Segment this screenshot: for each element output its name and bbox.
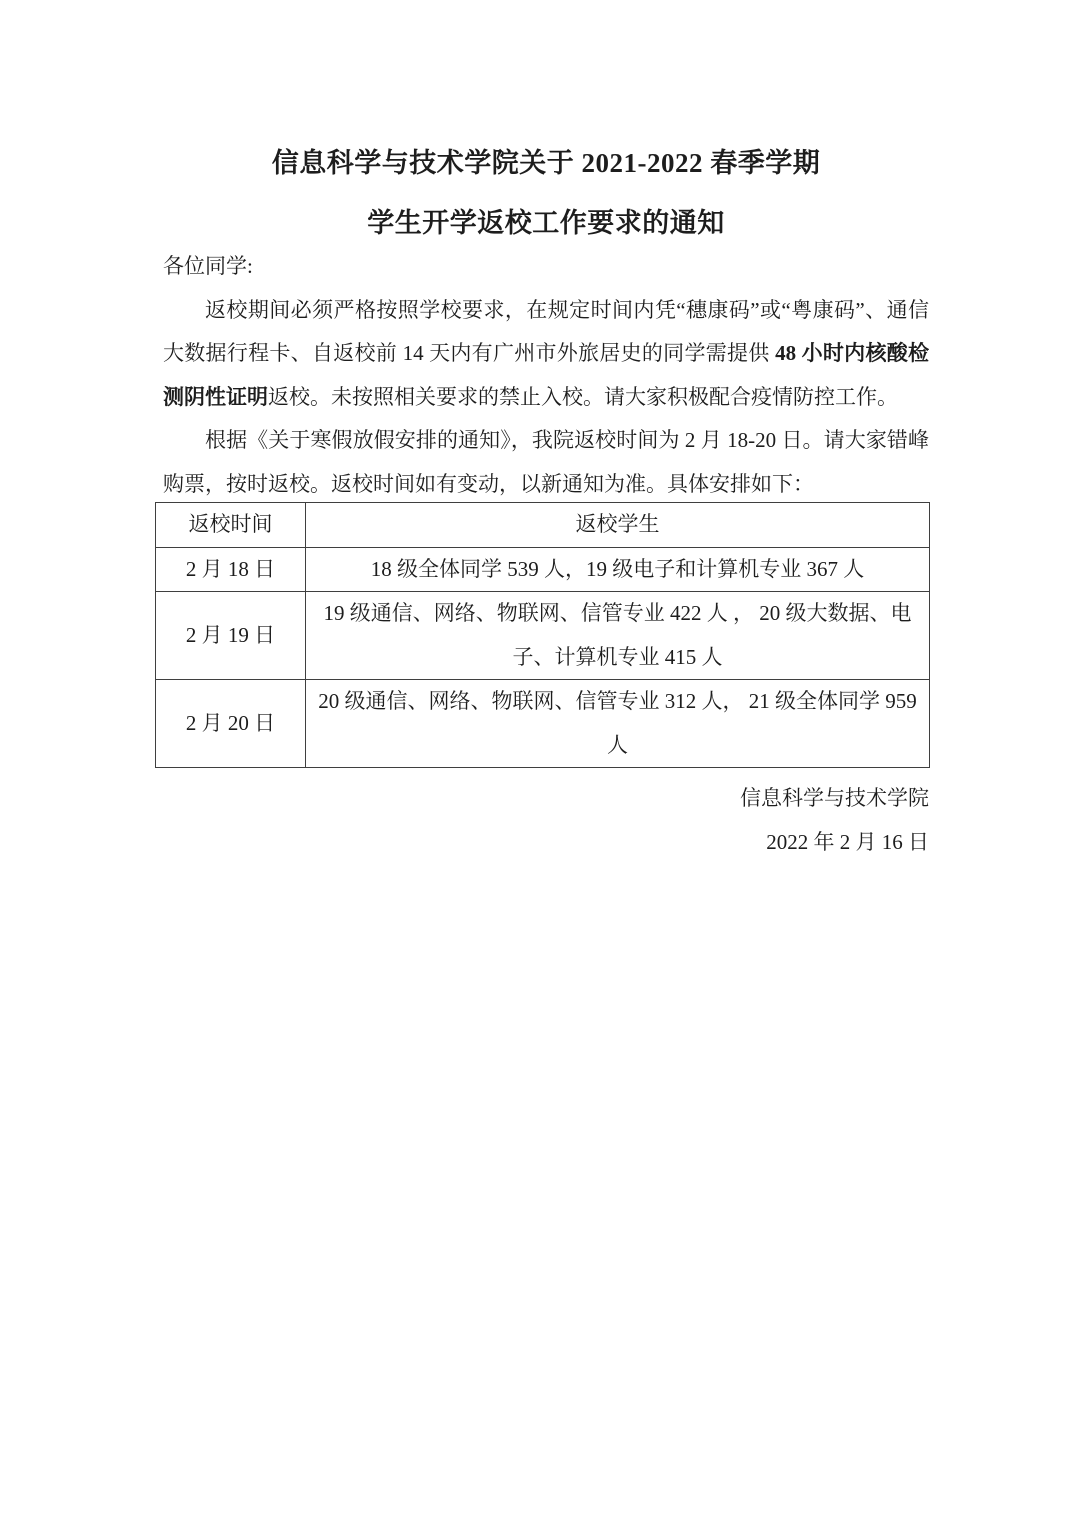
table-row: 2 月 20 日 20 级通信、网络、物联网、信管专业 312 人， 21 级全… xyxy=(156,680,930,768)
table-row: 2 月 19 日 19 级通信、网络、物联网、信管专业 422 人 ， 20 级… xyxy=(156,592,930,680)
signature-date: 2022 年 2 月 16 日 xyxy=(163,821,929,865)
document-title-line2: 学生开学返校工作要求的通知 xyxy=(163,206,929,240)
signature-block: 信息科学与技术学院 2022 年 2 月 16 日 xyxy=(163,777,929,864)
paragraph-requirements: 返校期间必须严格按照学校要求，在规定时间内凭“穗康码”或“粤康码”、通信大数据行… xyxy=(163,289,929,420)
table-cell-date: 2 月 19 日 xyxy=(156,592,306,680)
document-body: 各位同学: 返校期间必须严格按照学校要求，在规定时间内凭“穗康码”或“粤康码”、… xyxy=(163,245,929,506)
table-cell-date: 2 月 18 日 xyxy=(156,547,306,592)
notice-document-page: 信息科学与技术学院关于 2021-2022 春季学期 学生开学返校工作要求的通知… xyxy=(0,0,1086,1536)
paragraph-schedule-intro: 根据《关于寒假放假安排的通知》，我院返校时间为 2 月 18-20 日。请大家错… xyxy=(163,419,929,506)
table-cell-date: 2 月 20 日 xyxy=(156,680,306,768)
signature-department: 信息科学与技术学院 xyxy=(163,777,929,821)
document-content: 信息科学与技术学院关于 2021-2022 春季学期 学生开学返校工作要求的通知… xyxy=(163,0,929,864)
return-schedule-table: 返校时间 返校学生 2 月 18 日 18 级全体同学 539 人，19 级电子… xyxy=(155,502,930,768)
table-header-row: 返校时间 返校学生 xyxy=(156,503,930,548)
table-row: 2 月 18 日 18 级全体同学 539 人，19 级电子和计算机专业 367… xyxy=(156,547,930,592)
table-cell-students: 19 级通信、网络、物联网、信管专业 422 人 ， 20 级大数据、电子、计算… xyxy=(306,592,930,680)
document-title-line1: 信息科学与技术学院关于 2021-2022 春季学期 xyxy=(163,146,929,180)
table-header-return-students: 返校学生 xyxy=(306,503,930,548)
greeting-line: 各位同学: xyxy=(163,245,929,289)
table-cell-students: 18 级全体同学 539 人，19 级电子和计算机专业 367 人 xyxy=(306,547,930,592)
table-cell-students: 20 级通信、网络、物联网、信管专业 312 人， 21 级全体同学 959 人 xyxy=(306,680,930,768)
table-header-return-time: 返校时间 xyxy=(156,503,306,548)
paragraph-requirements-text-after: 返校。未按照相关要求的禁止入校。请大家积极配合疫情防控工作。 xyxy=(268,385,898,409)
